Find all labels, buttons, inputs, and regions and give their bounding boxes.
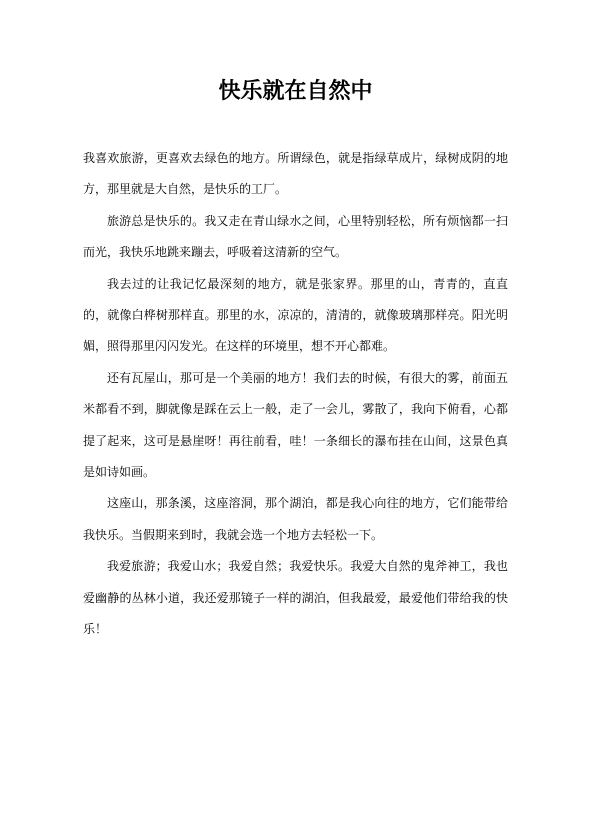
- document-body: 我喜欢旅游，更喜欢去绿色的地方。所谓绿色，就是指绿草成片，绿树成阴的地方，那里就…: [83, 143, 508, 646]
- paragraph-3: 我去过的让我记忆最深刻的地方，就是张家界。那里的山，青青的，直直的，就像白桦树那…: [83, 269, 508, 363]
- paragraph-5: 这座山，那条溪，这座溶洞，那个湖泊，都是我心向往的地方，它们能带给我快乐。当假期…: [83, 488, 508, 551]
- paragraph-4: 还有瓦屋山，那可是一个美丽的地方！我们去的时候，有很大的雾，前面五米都看不到，脚…: [83, 363, 508, 489]
- paragraph-6: 我爱旅游；我爱山水；我爱自然；我爱快乐。我爱大自然的鬼斧神工，我也爱幽静的丛林小…: [83, 551, 508, 645]
- document-title: 快乐就在自然中: [83, 0, 508, 105]
- paragraph-2: 旅游总是快乐的。我又走在青山绿水之间，心里特别轻松，所有烦恼都一扫而光，我快乐地…: [83, 206, 508, 269]
- paragraph-1: 我喜欢旅游，更喜欢去绿色的地方。所谓绿色，就是指绿草成片，绿树成阴的地方，那里就…: [83, 143, 508, 206]
- document-page: 快乐就在自然中 我喜欢旅游，更喜欢去绿色的地方。所谓绿色，就是指绿草成片，绿树成…: [0, 0, 592, 836]
